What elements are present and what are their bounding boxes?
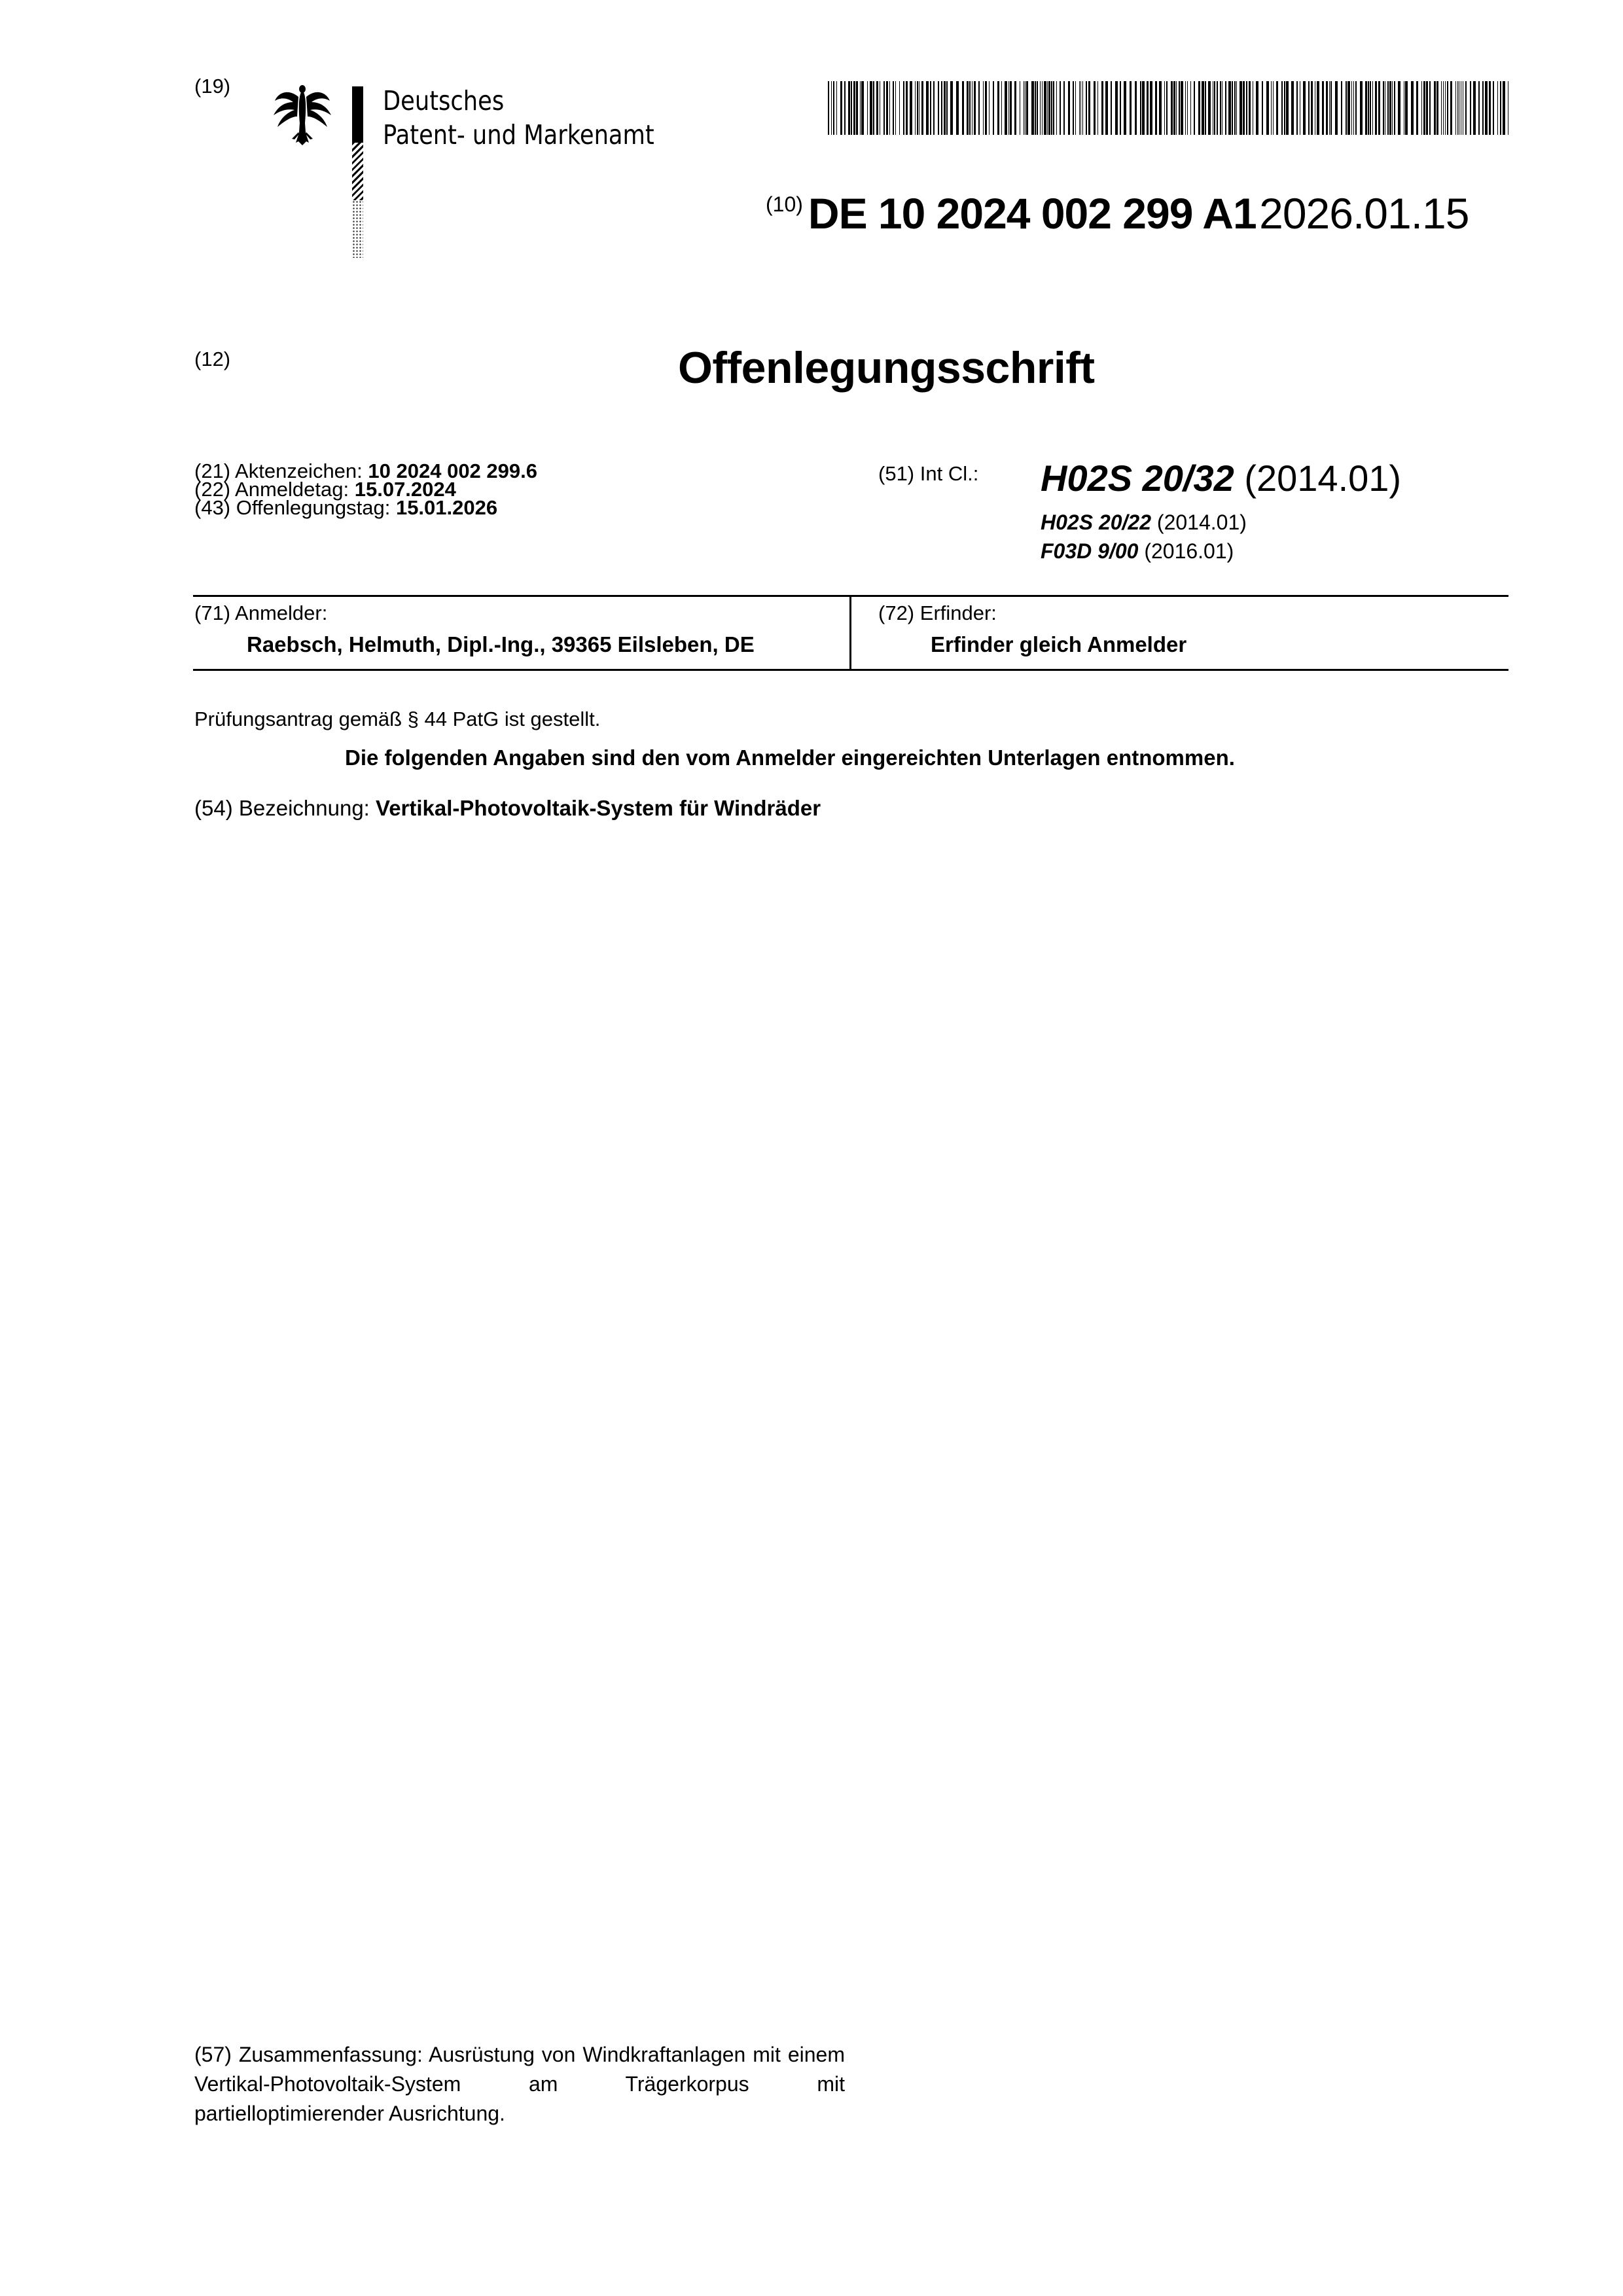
publication-day-value: 15.01.2026 bbox=[396, 496, 497, 519]
parties-divider bbox=[849, 596, 851, 670]
abstract-label: Zusammenfassung: bbox=[239, 2043, 423, 2066]
int-cl-version: (2016.01) bbox=[1144, 539, 1234, 563]
publication-date: 2026.01.15 bbox=[1259, 189, 1469, 238]
inid-57-label: (57) bbox=[194, 2043, 232, 2066]
publication-number: DE 10 2024 002 299 A1 bbox=[808, 189, 1257, 238]
designation-label: Bezeichnung: bbox=[239, 796, 370, 820]
applicant-label: (71) Anmelder: bbox=[194, 603, 327, 623]
inventor-value: Erfinder gleich Anmelder bbox=[931, 632, 1186, 657]
inid-43-label: (43) bbox=[194, 496, 230, 519]
inventor-label: (72) Erfinder: bbox=[878, 603, 997, 623]
inventor-label-text: Erfinder: bbox=[920, 601, 997, 624]
inid-10-label: (10) bbox=[766, 192, 803, 216]
designation-value: Vertikal-Photovoltaik-System für Windräd… bbox=[376, 796, 821, 820]
bibliographic-data: (21) Aktenzeichen: 10 2024 002 299.6 (22… bbox=[194, 462, 537, 517]
inid-72-label: (72) bbox=[878, 601, 914, 624]
int-cl-secondary: H02S 20/22 (2014.01) F03D 9/00 (2016.01) bbox=[1041, 508, 1247, 565]
int-cl-code: F03D 9/00 bbox=[1041, 539, 1138, 563]
examination-note: Prüfungsantrag gemäß § 44 PatG ist geste… bbox=[194, 708, 600, 731]
inid-12-label: (12) bbox=[194, 349, 230, 369]
federal-eagle-icon bbox=[270, 82, 335, 148]
barcode-icon bbox=[828, 81, 1508, 135]
inid-54-label: (54) bbox=[194, 796, 233, 820]
publication-day-row: (43) Offenlegungstag: 15.01.2026 bbox=[194, 499, 537, 517]
office-stripe-decoration bbox=[352, 86, 363, 258]
office-name: Deutsches Patent- und Markenamt bbox=[383, 84, 654, 152]
office-name-line2: Patent- und Markenamt bbox=[383, 118, 654, 152]
int-cl-version: (2014.01) bbox=[1157, 511, 1247, 534]
int-cl-main: H02S 20/32 (2014.01) bbox=[1041, 460, 1401, 497]
publication-day-label: Offenlegungstag: bbox=[236, 496, 391, 519]
int-cl-code: H02S 20/22 bbox=[1041, 511, 1151, 534]
applicant-value: Raebsch, Helmuth, Dipl.-Ing., 39365 Eils… bbox=[247, 632, 755, 657]
int-cl-secondary-row: H02S 20/22 (2014.01) bbox=[1041, 508, 1247, 537]
inid-51-label: (51) bbox=[878, 462, 914, 485]
int-cl-label-text: Int Cl.: bbox=[920, 462, 979, 485]
applicant-label-text: Anmelder: bbox=[235, 601, 327, 624]
publication-line: (10)DE 10 2024 002 299 A1 2026.01.15 bbox=[766, 188, 1469, 238]
source-note: Die folgenden Angaben sind den vom Anmel… bbox=[345, 745, 1235, 770]
inid-19-label: (19) bbox=[194, 76, 230, 96]
inid-71-label: (71) bbox=[194, 601, 230, 624]
abstract: (57) Zusammenfassung: Ausrüstung von Win… bbox=[194, 2040, 845, 2128]
int-cl-main-version: (2014.01) bbox=[1244, 457, 1401, 499]
designation: (54) Bezeichnung: Vertikal-Photovoltaik-… bbox=[194, 796, 821, 821]
document-type-title: Offenlegungsschrift bbox=[678, 342, 1095, 393]
int-cl-label: (51) Int Cl.: bbox=[878, 463, 978, 484]
office-name-line1: Deutsches bbox=[383, 84, 654, 118]
int-cl-main-code: H02S 20/32 bbox=[1041, 457, 1234, 499]
int-cl-secondary-row: F03D 9/00 (2016.01) bbox=[1041, 537, 1247, 565]
